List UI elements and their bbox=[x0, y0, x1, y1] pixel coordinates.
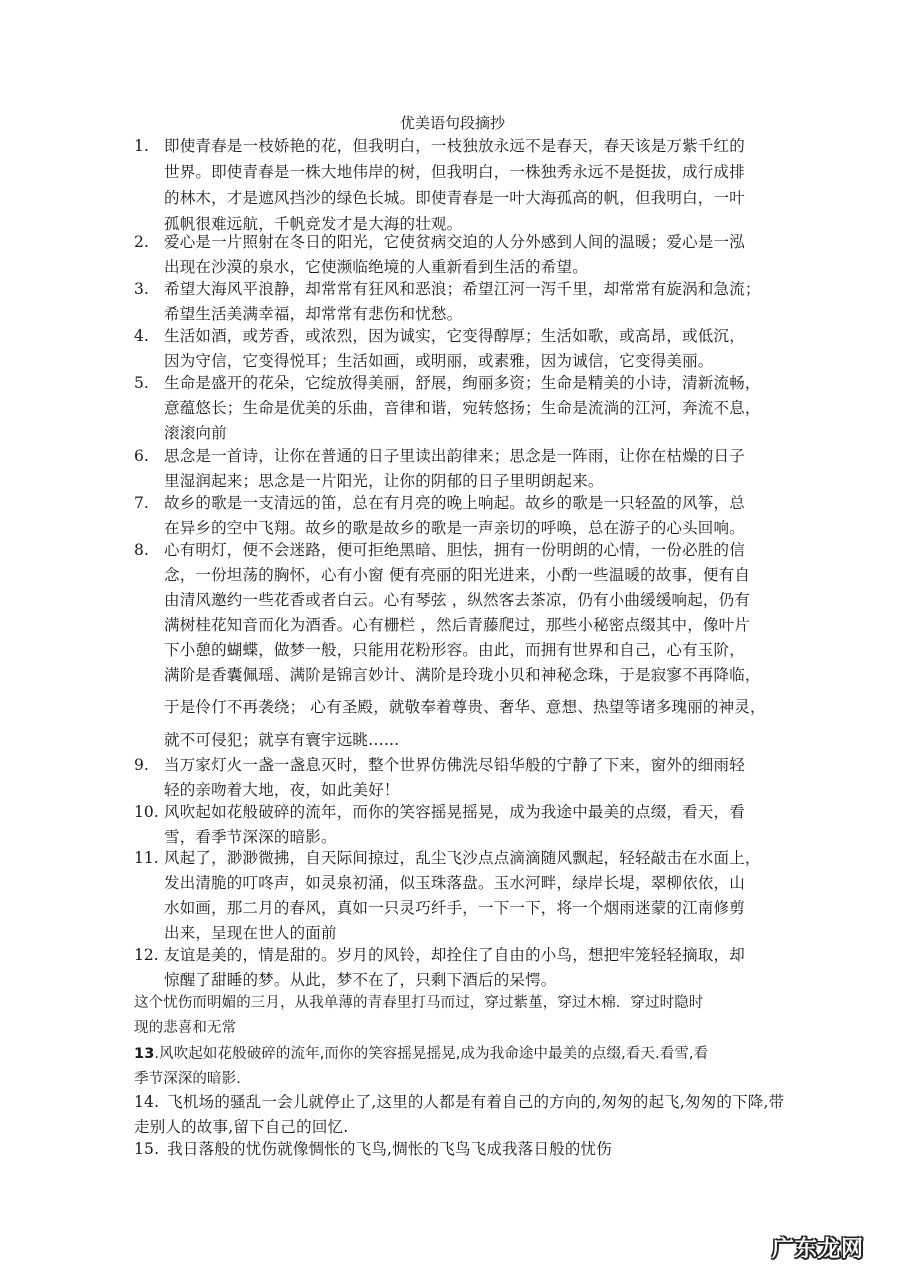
item-line: 发出清脆的叮咚声，如灵泉初涌，似玉珠落盘。玉水河畔，绿岸长堤，翠柳依依，山 bbox=[164, 870, 745, 896]
item-line: 希望大海风平浪静，却常常有狂风和恶浪；希望江河一泻千里，却常常有旋涡和急流； bbox=[164, 276, 761, 302]
item-number: 11. bbox=[134, 845, 159, 871]
item-number: 14. bbox=[134, 1093, 159, 1111]
item-text: 飞机场的骚乱一会儿就停止了,这里的人都是有着自己的方向的,匆匆的起飞,匆匆的下降… bbox=[167, 1093, 784, 1111]
item-number: 8. bbox=[134, 537, 149, 563]
item-line: 下小憩的蝴蝶，做梦一般，只能用花粉形容。由此，而拥有世界和自己，心有玉阶， bbox=[164, 637, 745, 663]
item-number: 1. bbox=[134, 133, 149, 159]
item-number: 4. bbox=[134, 323, 149, 349]
item-number: 9. bbox=[134, 752, 149, 778]
item-number: 5. bbox=[134, 370, 149, 396]
item-line: 风吹起如花般破碎的流年，而你的笑容摇晃摇晃，成为我途中最美的点缀，看天，看 bbox=[164, 799, 745, 825]
item-line: 13.风吹起如花般破碎的流年,而你的笑容摇晃摇晃,成为我命途中最美的点缀,看天.… bbox=[134, 1041, 708, 1067]
item-line: 于是伶仃不再袭绕； 心有圣殿，就敬奉着尊贵、奢华、意想、热望等诸多瑰丽的神灵， bbox=[164, 694, 766, 720]
item-text: 我日落般的忧伤就像惆怅的飞鸟,惆怅的飞鸟飞成我落日般的忧伤 bbox=[167, 1140, 612, 1158]
item-line: 的林木，才是遮风挡沙的绿色长城。即使青春是一叶大海孤高的帆，但我明白，一叶 bbox=[164, 185, 745, 211]
item-line: 就不可侵犯；就享有寰宇远眺…… bbox=[164, 727, 400, 753]
item-number: 15. bbox=[134, 1140, 159, 1158]
item-number: 7. bbox=[134, 490, 149, 516]
item-line: 生命是盛开的花朵，它绽放得美丽，舒展，绚丽多资；生命是精美的小诗，清新流畅， bbox=[164, 370, 761, 396]
item-number: 2. bbox=[134, 229, 149, 255]
item-line: 15. 我日落般的忧伤就像惆怅的飞鸟,惆怅的飞鸟飞成我落日般的忧伤 bbox=[134, 1136, 612, 1162]
item-line: 满树桂花知音而化为酒香。心有栅栏 ，然后青藤爬过，那些小秘密点缀其中，像叶片 bbox=[164, 612, 750, 638]
item-number: 6. bbox=[134, 443, 149, 469]
item-line: 意蕴悠长；生命是优美的乐曲，音律和谐，宛转悠扬；生命是流淌的江河，奔流不息， bbox=[164, 395, 761, 421]
item-line: 当万家灯火一盏一盏息灭时，整个世界仿佛洗尽铅华般的宁静了下来，窗外的细雨轻 bbox=[164, 752, 745, 778]
item-number: 3. bbox=[134, 276, 149, 302]
item-line: 满阶是香囊佩瑶、满阶是锦言妙计、满阶是玲珑小贝和神秘念珠，于是寂寥不再降临， bbox=[164, 662, 761, 688]
item-line: 爱心是一片照射在冬日的阳光，它使贫病交迫的人分外感到人间的温暖；爱心是一泓 bbox=[164, 229, 745, 255]
item-number: 13 bbox=[134, 1046, 154, 1062]
item-text: .风吹起如花般破碎的流年,而你的笑容摇晃摇晃,成为我命途中最美的点缀,看天.看雪… bbox=[154, 1046, 708, 1062]
page-title: 优美语句段摘抄 bbox=[0, 114, 905, 132]
item-number: 10. bbox=[134, 799, 159, 825]
item-line: 世界。即使青春是一株大地伟岸的树，但我明白，一株独秀永远不是挺拔，成行成排 bbox=[164, 159, 745, 185]
paragraph-line: 现的悲喜和无常 bbox=[134, 1015, 236, 1041]
item-line: 14. 飞机场的骚乱一会儿就停止了,这里的人都是有着自己的方向的,匆匆的起飞,匆… bbox=[134, 1089, 784, 1115]
item-line: 由清风邀约一些花香或者白云。心有琴弦 ，纵然客去茶凉，仍有小曲缓缓响起，仍有 bbox=[164, 587, 750, 613]
item-line: 故乡的歌是一支清远的笛，总在有月亮的晚上响起。故乡的歌是一只轻盈的风筝，总 bbox=[164, 490, 745, 516]
item-line: 即使青春是一枝娇艳的花，但我明白，一枝独放永远不是春天，春天该是万紫千红的 bbox=[164, 133, 745, 159]
item-line: 思念是一首诗，让你在普通的日子里读出韵律来；思念是一阵雨，让你在枯燥的日子 bbox=[164, 443, 745, 469]
item-line: 念，一份坦荡的胸怀，心有小窗 便有亮丽的阳光进来，小酌一些温暖的故事，便有自 bbox=[164, 562, 750, 588]
item-line: 水如画，那二月的春风，真如一只灵巧纤手，一下一下，将一个烟雨迷蒙的江南修剪 bbox=[164, 895, 745, 921]
item-number: 12. bbox=[134, 942, 159, 968]
paragraph-line: 这个忧伤而明媚的三月，从我单薄的青春里打马而过，穿过紫堇，穿过木棉．穿过时隐时 bbox=[134, 990, 703, 1016]
item-line: 友谊是美的，情是甜的。岁月的风铃，却拴住了自由的小鸟，想把牢笼轻轻摘取，却 bbox=[164, 942, 745, 968]
item-line: 风起了，渺渺微拂，自天际间掠过，乱尘飞沙点点滴滴随风飘起，轻轻敲击在水面上， bbox=[164, 845, 761, 871]
item-line: 心有明灯，便不会迷路，便可拒绝黑暗、胆怯，拥有一份明朗的心情，一份必胜的信 bbox=[164, 537, 745, 563]
watermark-logo: 广东龙网 bbox=[772, 1232, 864, 1263]
item-line: 生活如酒，或芳香，或浓烈，因为诚实，它变得醇厚；生活如歌，或高昂，或低沉， bbox=[164, 323, 745, 349]
